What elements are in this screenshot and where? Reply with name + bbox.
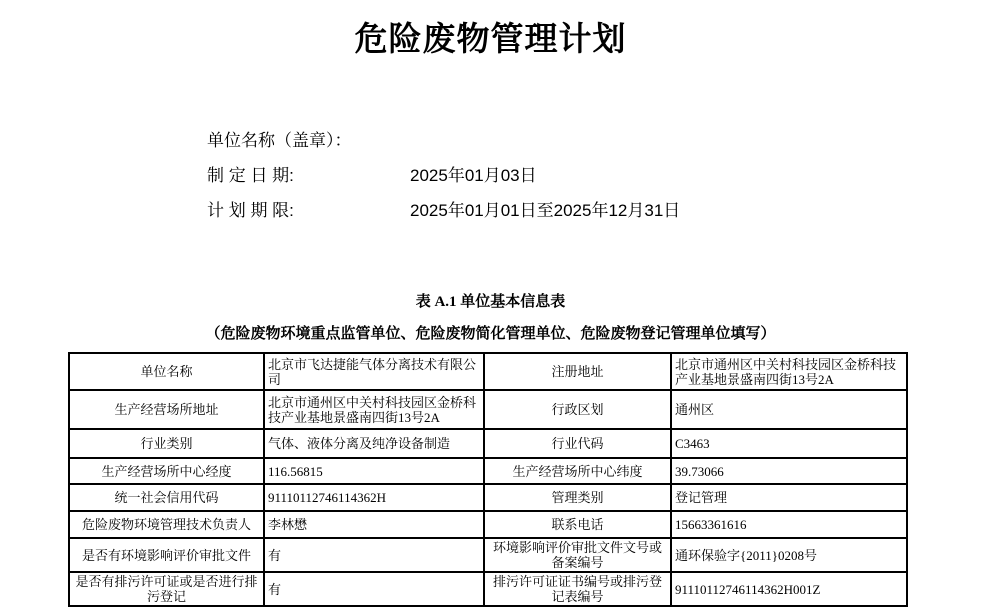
table-subcaption: （危险废物环境重点监管单位、危险废物简化管理单位、危险废物登记管理单位填写）: [0, 322, 981, 343]
plan-period-value: 2025年01月01日至2025年12月31日: [410, 201, 680, 220]
has-eia-approval-value: 有: [264, 538, 484, 572]
registered-address-label: 注册地址: [484, 353, 671, 390]
table-row: 是否有排污许可证或是否进行排污登记 有 排污许可证证书编号或排污登记表编号 91…: [69, 572, 907, 606]
industry-category-value: 气体、液体分离及纯净设备制造: [264, 429, 484, 458]
plan-date-value: 2025年01月03日: [410, 166, 537, 185]
business-site-address-value: 北京市通州区中关村科技园区金桥科技产业基地景盛南四街13号2A: [264, 390, 484, 429]
eia-approval-number-label: 环境影响评价审批文件文号或备案编号: [484, 538, 671, 572]
table-row: 行业类别 气体、液体分离及纯净设备制造 行业代码 C3463: [69, 429, 907, 458]
management-category-value: 登记管理: [671, 484, 907, 511]
industry-code-value: C3463: [671, 429, 907, 458]
unified-social-credit-code-label: 统一社会信用代码: [69, 484, 264, 511]
has-eia-approval-label: 是否有环境影响评价审批文件: [69, 538, 264, 572]
unit-name-label: 单位名称（盖章）：: [207, 123, 410, 158]
table-caption: 表 A.1 单位基本信息表: [0, 290, 981, 311]
table-row: 是否有环境影响评价审批文件 有 环境影响评价审批文件文号或备案编号 通环保验字{…: [69, 538, 907, 572]
table-row: 危险废物环境管理技术负责人 李林懋 联系电话 15663361616: [69, 511, 907, 538]
contact-phone-value: 15663361616: [671, 511, 907, 538]
administrative-division-value: 通州区: [671, 390, 907, 429]
unit-name-cell-value: 北京市飞达捷能气体分离技术有限公司: [264, 353, 484, 390]
document-page: 危险废物管理计划 单位名称（盖章）： 制 定 日 期:2025年01月03日 计…: [0, 0, 981, 607]
has-discharge-permit-label: 是否有排污许可证或是否进行排污登记: [69, 572, 264, 606]
plan-period-line: 计 划 期 限:2025年01月01日至2025年12月31日: [207, 193, 680, 228]
contact-phone-label: 联系电话: [484, 511, 671, 538]
site-center-longitude-label: 生产经营场所中心经度: [69, 458, 264, 484]
registered-address-value: 北京市通州区中关村科技园区金桥科技产业基地景盛南四街13号2A: [671, 353, 907, 390]
plan-date-line: 制 定 日 期:2025年01月03日: [207, 158, 680, 193]
plan-date-label: 制 定 日 期:: [207, 158, 410, 193]
plan-period-label: 计 划 期 限:: [207, 193, 410, 228]
administrative-division-label: 行政区划: [484, 390, 671, 429]
hw-env-tech-director-label: 危险废物环境管理技术负责人: [69, 511, 264, 538]
has-discharge-permit-value: 有: [264, 572, 484, 606]
discharge-permit-number-value: 91110112746114362H001Z: [671, 572, 907, 606]
discharge-permit-number-label: 排污许可证证书编号或排污登记表编号: [484, 572, 671, 606]
site-center-latitude-label: 生产经营场所中心纬度: [484, 458, 671, 484]
document-title: 危险废物管理计划: [0, 0, 981, 60]
site-center-latitude-value: 39.73066: [671, 458, 907, 484]
business-site-address-label: 生产经营场所地址: [69, 390, 264, 429]
industry-category-label: 行业类别: [69, 429, 264, 458]
table-row: 生产经营场所地址 北京市通州区中关村科技园区金桥科技产业基地景盛南四街13号2A…: [69, 390, 907, 429]
industry-code-label: 行业代码: [484, 429, 671, 458]
unit-name-cell-label: 单位名称: [69, 353, 264, 390]
management-category-label: 管理类别: [484, 484, 671, 511]
table-row: 生产经营场所中心经度 116.56815 生产经营场所中心纬度 39.73066: [69, 458, 907, 484]
unit-name-line: 单位名称（盖章）：: [207, 123, 680, 158]
hw-env-tech-director-value: 李林懋: [264, 511, 484, 538]
table-row: 单位名称 北京市飞达捷能气体分离技术有限公司 注册地址 北京市通州区中关村科技园…: [69, 353, 907, 390]
site-center-longitude-value: 116.56815: [264, 458, 484, 484]
table-row: 统一社会信用代码 91110112746114362H 管理类别 登记管理: [69, 484, 907, 511]
header-info-block: 单位名称（盖章）： 制 定 日 期:2025年01月03日 计 划 期 限:20…: [207, 123, 680, 228]
eia-approval-number-value: 通环保验字{2011}0208号: [671, 538, 907, 572]
unified-social-credit-code-value: 91110112746114362H: [264, 484, 484, 511]
unit-basic-info-table: 单位名称 北京市飞达捷能气体分离技术有限公司 注册地址 北京市通州区中关村科技园…: [68, 352, 908, 607]
